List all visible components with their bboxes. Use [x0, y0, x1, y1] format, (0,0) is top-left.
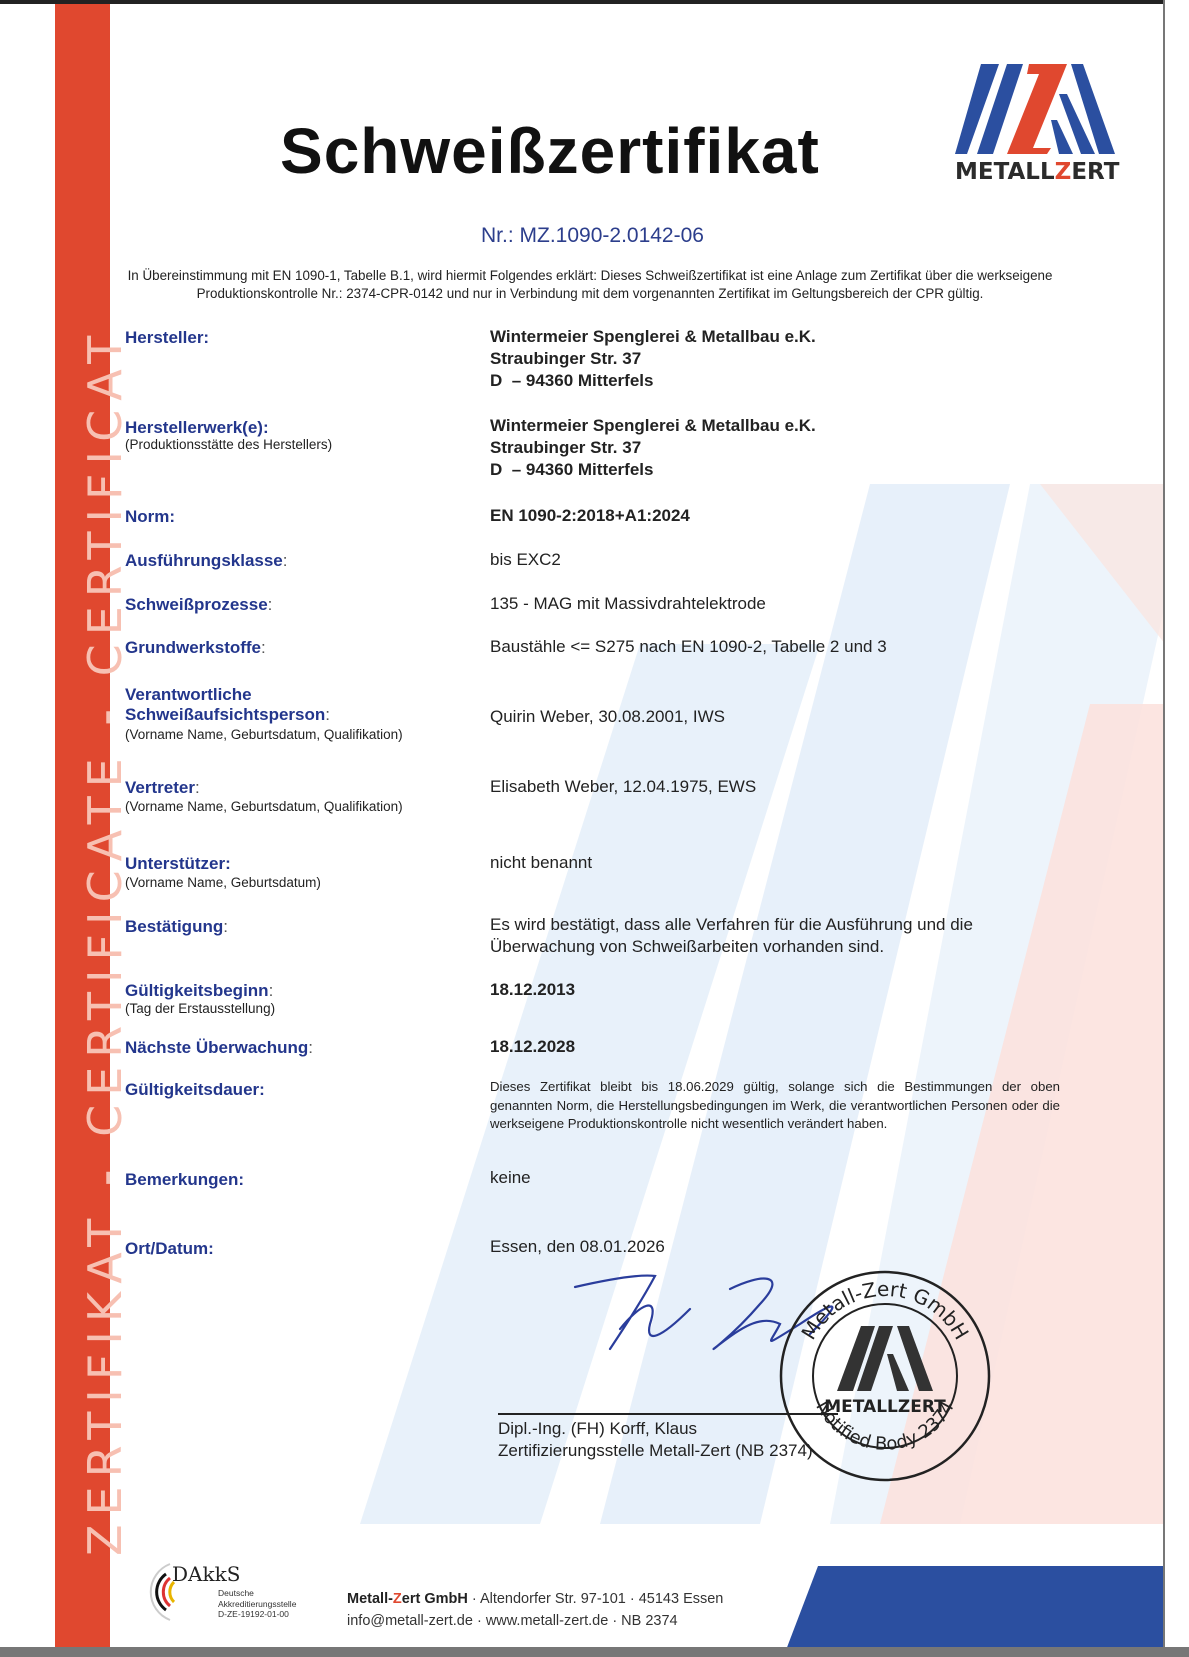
bestaetigung-line: Es wird bestätigt, dass alle Verfahren f… [490, 914, 973, 936]
company-address: · Altendorfer Str. 97-101 · 45143 Essen [468, 1591, 724, 1607]
intro-text: In Übereinstimmung mit EN 1090-1, Tabell… [125, 267, 1055, 302]
logo-wordmark: METALLZERT [955, 159, 1115, 185]
value-herstellerwerk: Wintermeier Spenglerei & Metallbau e.K. … [490, 415, 816, 481]
value-grundwerkstoffe: Baustähle <= S275 nach EN 1090-2, Tabell… [490, 636, 887, 658]
label-bestaetigung: Bestätigung: [125, 917, 228, 937]
metallzert-logo-icon [955, 64, 1115, 159]
logo-prefix: METALL [955, 159, 1055, 185]
label-ausfuehrungsklasse: Ausführungsklasse: [125, 551, 288, 571]
scan-bottom-edge [0, 1647, 1189, 1657]
herstellerwerk-line: Wintermeier Spenglerei & Metallbau e.K. [490, 415, 816, 437]
value-bestaetigung: Es wird bestätigt, dass alle Verfahren f… [490, 914, 973, 958]
company-name: ert GmbH [402, 1591, 468, 1607]
footer-address: Metall-Zert GmbH · Altendorfer Str. 97-1… [347, 1591, 723, 1607]
hersteller-line: D – 94360 Mitterfels [490, 370, 816, 392]
certificate-page: ZERTIFIKAT - CERTIFICATE - CERTIFICAT Sc… [0, 4, 1165, 1649]
value-unterstuetzer: nicht benannt [490, 852, 592, 874]
sublabel-unterstuetzer: (Vorname Name, Geburtsdatum) [125, 875, 321, 890]
label-vertreter: Vertreter: [125, 778, 200, 798]
value-norm: EN 1090-2:2018+A1:2024 [490, 505, 690, 527]
label-aufsichtsperson: Verantwortliche Schweißaufsichtsperson: [125, 685, 330, 725]
label-gueltigkeitsdauer: Gültigkeitsdauer: [125, 1080, 265, 1100]
official-stamp-icon: Metall-Zert GmbH Notified Body 2374 META… [775, 1266, 995, 1486]
label-text: Ausführungsklasse [125, 551, 283, 570]
sublabel-aufsichtsperson: (Vorname Name, Geburtsdatum, Qualifikati… [125, 727, 403, 742]
page-title: Schweißzertifikat [280, 114, 820, 188]
herstellerwerk-line: D – 94360 Mitterfels [490, 459, 816, 481]
footer-contact: info@metall-zert.de · www.metall-zert.de… [347, 1613, 678, 1629]
dakks-details: Deutsche Akkreditierungsstelle D-ZE-1919… [218, 1588, 296, 1620]
logo-accent: Z [1055, 159, 1072, 185]
value-bemerkungen: keine [490, 1167, 531, 1189]
value-naechste-ueberwachung: 18.12.2028 [490, 1036, 575, 1058]
label-norm: Norm: [125, 507, 175, 527]
certificate-number: Nr.: MZ.1090-2.0142-06 [0, 224, 1165, 248]
value-gueltigkeitsdauer: Dieses Zertifikat bleibt bis 18.06.2029 … [490, 1078, 1060, 1134]
bestaetigung-line: Überwachung von Schweißarbeiten vorhande… [490, 936, 973, 958]
logo-suffix: ERT [1071, 159, 1119, 185]
label-text: Verantwortliche [125, 685, 330, 705]
svg-text:METALLZERT: METALLZERT [824, 1397, 946, 1417]
label-ort-datum: Ort/Datum: [125, 1239, 214, 1259]
side-band-text: ZERTIFIKAT - CERTIFICATE - CERTIFICAT [82, 327, 128, 1556]
label-grundwerkstoffe: Grundwerkstoffe: [125, 638, 266, 658]
hersteller-line: Straubinger Str. 37 [490, 348, 816, 370]
label-naechste-ueberwachung: Nächste Überwachung: [125, 1038, 313, 1058]
label-text: Gültigkeitsbeginn [125, 981, 269, 1000]
label-text: Grundwerkstoffe [125, 638, 261, 657]
hersteller-line: Wintermeier Spenglerei & Metallbau e.K. [490, 326, 816, 348]
label-gueltigkeitsbeginn: Gültigkeitsbeginn: [125, 981, 273, 1001]
value-hersteller: Wintermeier Spenglerei & Metallbau e.K. … [490, 326, 816, 392]
sublabel-herstellerwerk: (Produktionsstätte des Herstellers) [125, 437, 332, 452]
signer-name: Dipl.-Ing. (FH) Korff, Klaus [498, 1418, 813, 1440]
dakks-line: D-ZE-19192-01-00 [218, 1609, 296, 1620]
label-schweissprozesse: Schweißprozesse: [125, 595, 272, 615]
label-text: Schweißprozesse [125, 595, 268, 614]
company-name: Metall- [347, 1591, 393, 1607]
value-ausfuehrungsklasse: bis EXC2 [490, 549, 561, 571]
label-hersteller: Hersteller: [125, 328, 209, 348]
label-text: Vertreter [125, 778, 195, 797]
sublabel-gueltigkeitsbeginn: (Tag der Erstausstellung) [125, 1001, 275, 1016]
label-text: Schweißaufsichtsperson [125, 705, 325, 724]
value-aufsichtsperson: Quirin Weber, 30.08.2001, IWS [490, 706, 725, 728]
sublabel-vertreter: (Vorname Name, Geburtsdatum, Qualifikati… [125, 799, 403, 814]
dakks-line: Deutsche [218, 1588, 296, 1599]
dakks-line: Akkreditierungsstelle [218, 1599, 296, 1610]
signer-block: Dipl.-Ing. (FH) Korff, Klaus Zertifizier… [498, 1418, 813, 1462]
scan-right-edge [1163, 0, 1189, 1657]
label-bemerkungen: Bemerkungen: [125, 1170, 244, 1190]
label-unterstuetzer: Unterstützer: [125, 854, 231, 874]
signer-role: Zertifizierungsstelle Metall-Zert (NB 23… [498, 1440, 813, 1462]
footer-blue-bar [786, 1566, 1165, 1649]
label-text: Nächste Überwachung [125, 1038, 308, 1057]
value-gueltigkeitsbeginn: 18.12.2013 [490, 979, 575, 1001]
company-accent: Z [393, 1591, 402, 1607]
value-vertreter: Elisabeth Weber, 12.04.1975, EWS [490, 776, 756, 798]
label-herstellerwerk: Herstellerwerk(e): [125, 418, 269, 438]
dakks-name: DAkkS [172, 1562, 240, 1586]
herstellerwerk-line: Straubinger Str. 37 [490, 437, 816, 459]
value-schweissprozesse: 135 - MAG mit Massivdrahtelektrode [490, 593, 766, 615]
value-ort-datum: Essen, den 08.01.2026 [490, 1236, 665, 1258]
label-text: Bestätigung [125, 917, 223, 936]
